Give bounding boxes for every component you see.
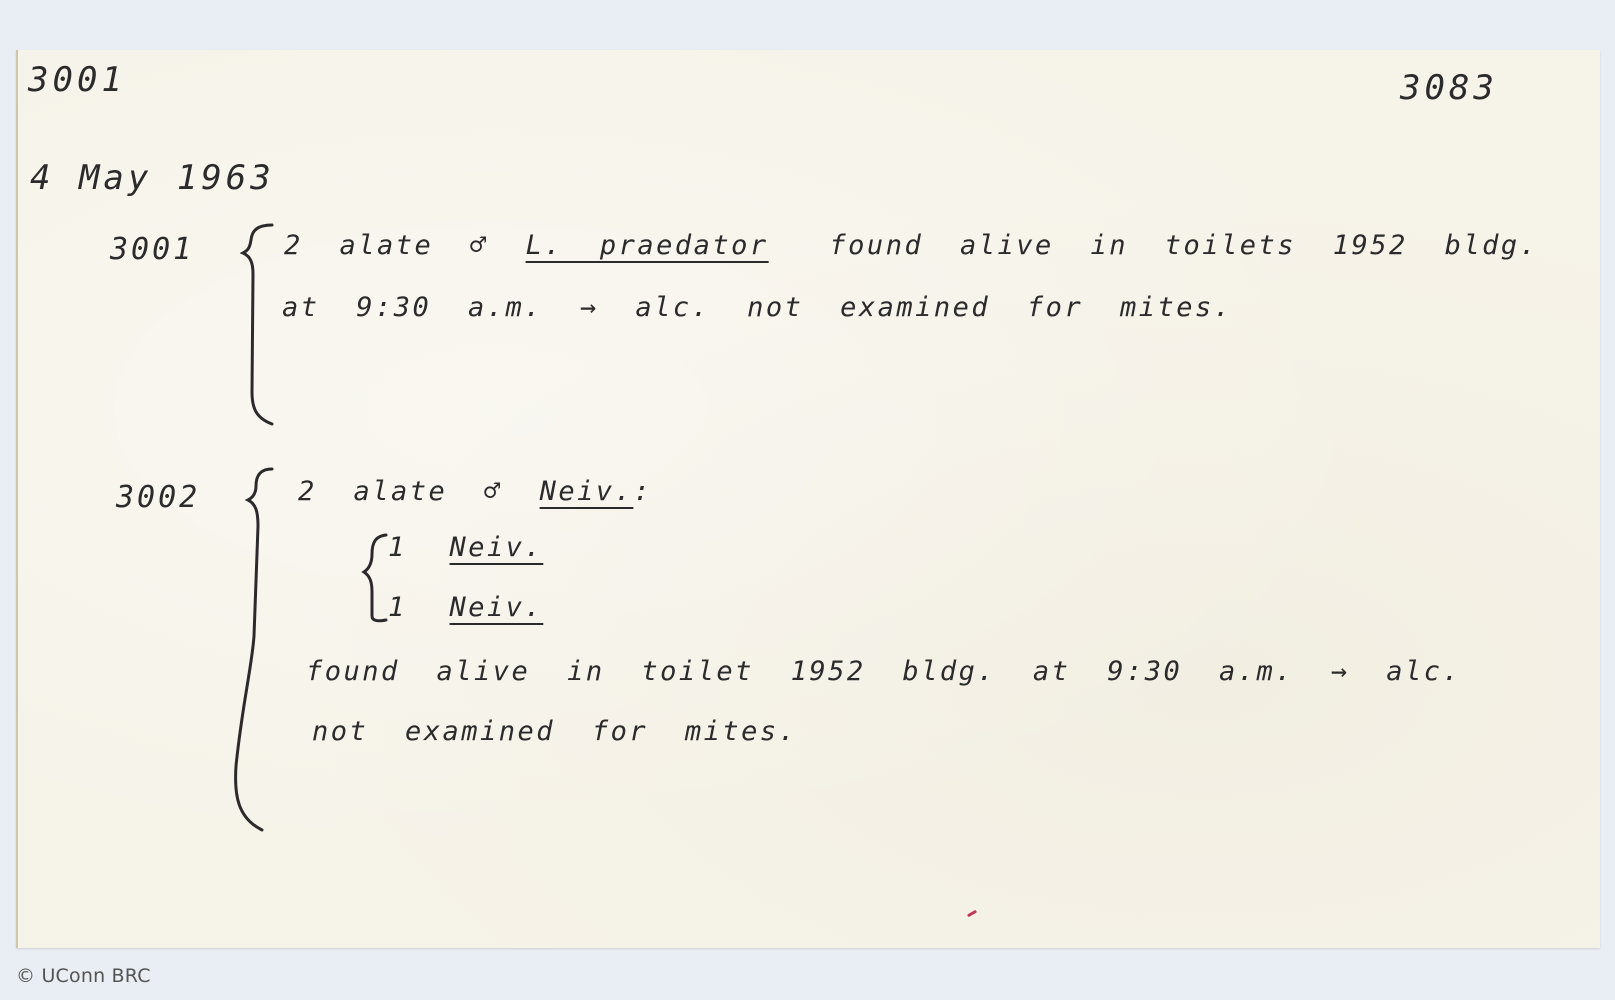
entry-3001-line-2: at 9:30 a.m. → alc. not examined for mit… xyxy=(282,292,1232,323)
entry-3002-line-1: found alive in toilet 1952 bldg. at 9:30… xyxy=(306,656,1461,687)
entry-number-3002: 3002 xyxy=(116,480,200,515)
entry-3002-header: 2 alate ♂ Neiv.: xyxy=(298,476,652,507)
entry-3002-specimen: 2 alate ♂ xyxy=(298,476,503,507)
entry-3001-specimen: 2 alate ♂ xyxy=(284,230,489,261)
card-number-right: 3083 xyxy=(1400,68,1498,108)
sub-item-1-count: 1 xyxy=(388,532,407,563)
entry-3002-sub-brace xyxy=(360,532,390,624)
entry-3002-sub-item-1: 1 Neiv. xyxy=(388,532,543,563)
sub-item-2-count: 1 xyxy=(388,592,407,623)
entry-3002-brace xyxy=(226,466,278,838)
entry-3002-colon: : xyxy=(633,476,652,507)
entry-3002-taxon: Neiv. xyxy=(540,476,634,507)
copyright-notice: © UConn BRC xyxy=(16,965,151,987)
entry-number-3001: 3001 xyxy=(110,232,194,267)
entry-3001-line-1: 2 alate ♂ L. praedator found alive in to… xyxy=(284,230,1538,261)
collection-date: 4 May 1963 xyxy=(30,158,275,198)
entry-3001-location: found alive in toilets 1952 bldg. xyxy=(829,230,1538,261)
card-number-left: 3001 xyxy=(28,60,126,100)
sub-item-2-taxon: Neiv. xyxy=(450,592,544,623)
entry-3002-sub-item-2: 1 Neiv. xyxy=(388,592,543,623)
entry-3001-brace xyxy=(240,222,280,428)
sub-item-1-taxon: Neiv. xyxy=(450,532,544,563)
entry-3001-taxon: L. praedator xyxy=(526,230,769,261)
entry-3002-line-2: not examined for mites. xyxy=(312,716,797,747)
